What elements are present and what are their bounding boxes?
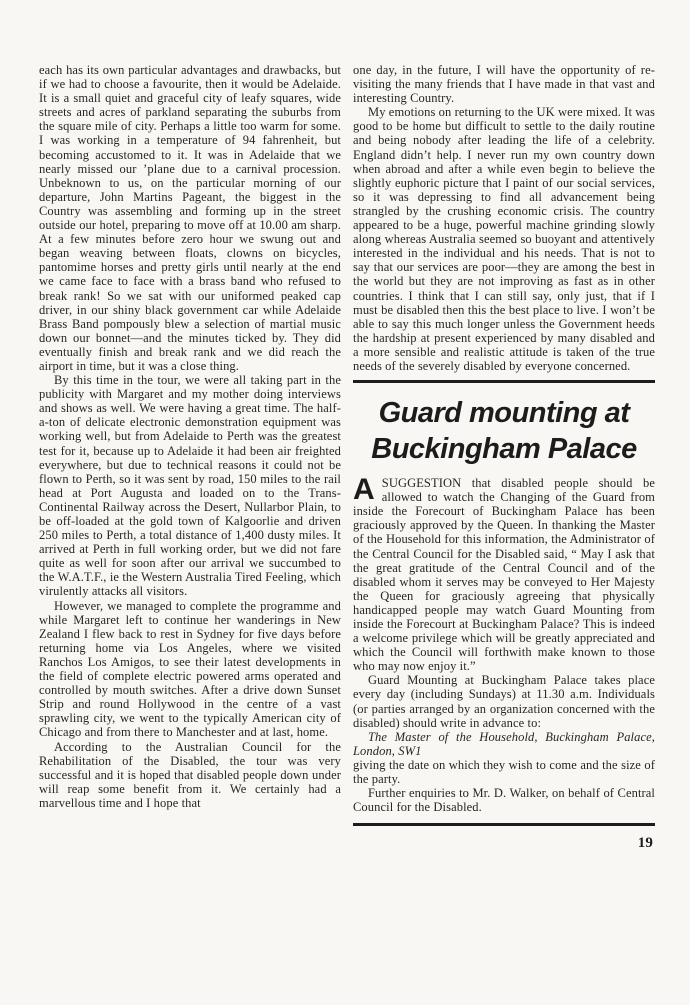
paragraph: However, we managed to complete the prog… <box>39 599 341 740</box>
paragraph: My emotions on returning to the UK were … <box>353 105 655 373</box>
lead-paragraph-text: SUGGESTION that disabled people should b… <box>353 476 655 673</box>
paragraph: one day, in the future, I will have the … <box>353 63 655 105</box>
address-line: The Master of the Household, Buckingham … <box>353 730 655 758</box>
left-column: each has its own particular advantages a… <box>39 63 341 810</box>
headline-line-1: Guard mounting at <box>353 395 655 431</box>
section-divider-rule <box>353 380 655 383</box>
paragraph: By this time in the tour, we were all ta… <box>39 373 341 599</box>
article-headline: Guard mounting at Buckingham Palace <box>353 395 655 467</box>
right-column: one day, in the future, I will have the … <box>353 63 655 850</box>
paragraph: Guard Mounting at Buckingham Palace take… <box>353 673 655 729</box>
paragraph: giving the date on which they wish to co… <box>353 758 655 786</box>
paragraph: Further enquiries to Mr. D. Walker, on b… <box>353 786 655 814</box>
page-number: 19 <box>353 836 655 850</box>
footer-rule <box>353 823 655 826</box>
paragraph: each has its own particular advantages a… <box>39 63 341 373</box>
lead-paragraph: ASUGGESTION that disabled people should … <box>353 476 655 673</box>
headline-line-2: Buckingham Palace <box>353 431 655 467</box>
magazine-page: each has its own particular advantages a… <box>0 0 690 1005</box>
paragraph: According to the Australian Council for … <box>39 740 341 810</box>
drop-cap: A <box>353 476 382 503</box>
